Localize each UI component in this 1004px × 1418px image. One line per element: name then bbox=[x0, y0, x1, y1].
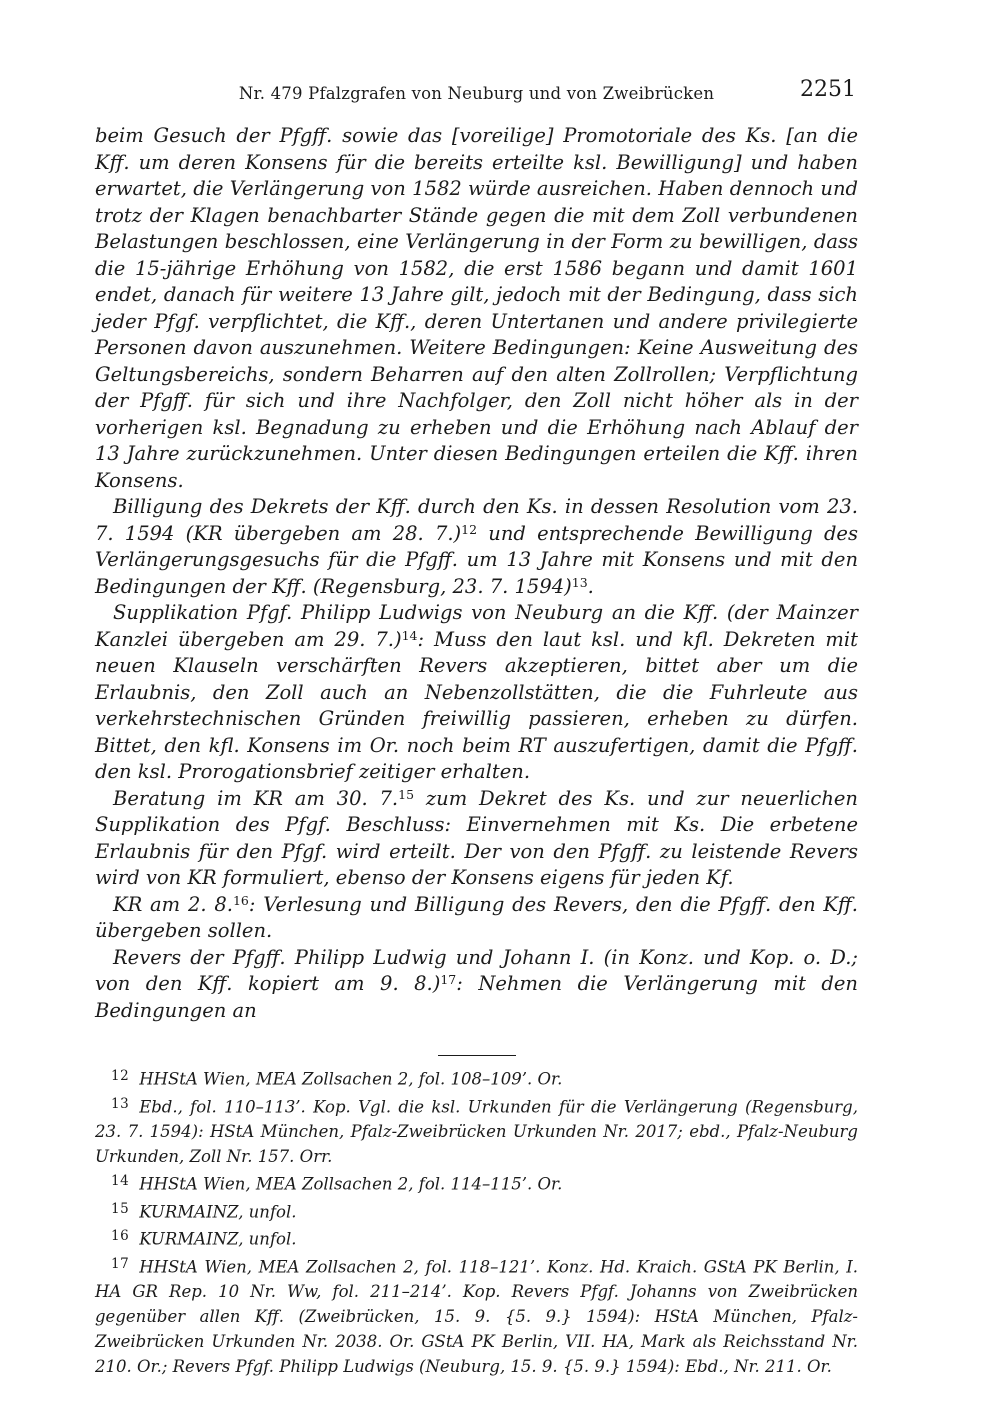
body-paragraph: Beratung im KR am 30. 7.15 zum Dekret de… bbox=[95, 786, 858, 892]
footnote: 14HHStA Wien, MEA Zollsachen 2, fol. 114… bbox=[95, 1169, 858, 1197]
page-number: 2251 bbox=[800, 77, 856, 103]
footnote: 13Ebd., fol. 110–113’. Kop. Vgl. die ksl… bbox=[95, 1092, 858, 1170]
running-head: Nr. 479 Pfalzgrafen von Neuburg und von … bbox=[95, 82, 858, 108]
book-page: Nr. 479 Pfalzgrafen von Neuburg und von … bbox=[0, 0, 1004, 1418]
footnote-text: KURMAINZ, unfol. bbox=[139, 1230, 296, 1249]
footnote-reference: 16 bbox=[233, 893, 249, 908]
footnotes-list: 12HHStA Wien, MEA Zollsachen 2, fol. 108… bbox=[95, 1064, 858, 1379]
body-text-segment: beim Gesuch der Pfgff. sowie das [voreil… bbox=[95, 124, 858, 492]
body-text-segment: KR am 2. 8. bbox=[113, 893, 233, 916]
footnote-reference: 14 bbox=[402, 628, 418, 643]
footnote: 17HHStA Wien, MEA Zollsachen 2, fol. 118… bbox=[95, 1252, 858, 1380]
footnote-number: 12 bbox=[111, 1068, 129, 1084]
body-text-segment: Beratung im KR am 30. 7. bbox=[113, 787, 398, 810]
footnote-number: 15 bbox=[111, 1201, 129, 1217]
body-text-segment: . bbox=[588, 575, 594, 598]
footnote-number: 14 bbox=[111, 1173, 129, 1189]
footnote-reference: 17 bbox=[440, 972, 456, 987]
footnote-text: HHStA Wien, MEA Zollsachen 2, fol. 118–1… bbox=[95, 1257, 858, 1376]
footnote: 16KURMAINZ, unfol. bbox=[95, 1224, 858, 1252]
footnote-reference: 15 bbox=[398, 787, 414, 802]
body-paragraph: beim Gesuch der Pfgff. sowie das [voreil… bbox=[95, 123, 858, 494]
running-title: Nr. 479 Pfalzgrafen von Neuburg und von … bbox=[95, 82, 858, 106]
body-paragraph: Billigung des Dekrets der Kff. durch den… bbox=[95, 494, 858, 600]
footnote-separator-rule bbox=[438, 1055, 516, 1056]
footnote-number: 16 bbox=[111, 1228, 129, 1244]
footnote-text: Ebd., fol. 110–113’. Kop. Vgl. die ksl. … bbox=[95, 1097, 858, 1166]
footnote-text: HHStA Wien, MEA Zollsachen 2, fol. 114–1… bbox=[139, 1175, 562, 1194]
footnote: 15KURMAINZ, unfol. bbox=[95, 1197, 858, 1225]
body-paragraph: Supplikation Pfgf. Philipp Ludwigs von N… bbox=[95, 600, 858, 786]
text-column: Nr. 479 Pfalzgrafen von Neuburg und von … bbox=[95, 82, 858, 1379]
footnote-reference: 13 bbox=[572, 575, 588, 590]
footnote-number: 17 bbox=[111, 1256, 129, 1272]
footnote-number: 13 bbox=[111, 1096, 129, 1112]
body-paragraph: KR am 2. 8.16: Verlesung und Billigung d… bbox=[95, 892, 858, 945]
footnote-reference: 12 bbox=[461, 522, 477, 537]
body-text: beim Gesuch der Pfgff. sowie das [voreil… bbox=[95, 123, 858, 1024]
footnote-text: HHStA Wien, MEA Zollsachen 2, fol. 108–1… bbox=[139, 1070, 562, 1089]
body-paragraph: Revers der Pfgff. Philipp Ludwig und Joh… bbox=[95, 945, 858, 1025]
footnote: 12HHStA Wien, MEA Zollsachen 2, fol. 108… bbox=[95, 1064, 858, 1092]
footnote-text: KURMAINZ, unfol. bbox=[139, 1202, 296, 1221]
